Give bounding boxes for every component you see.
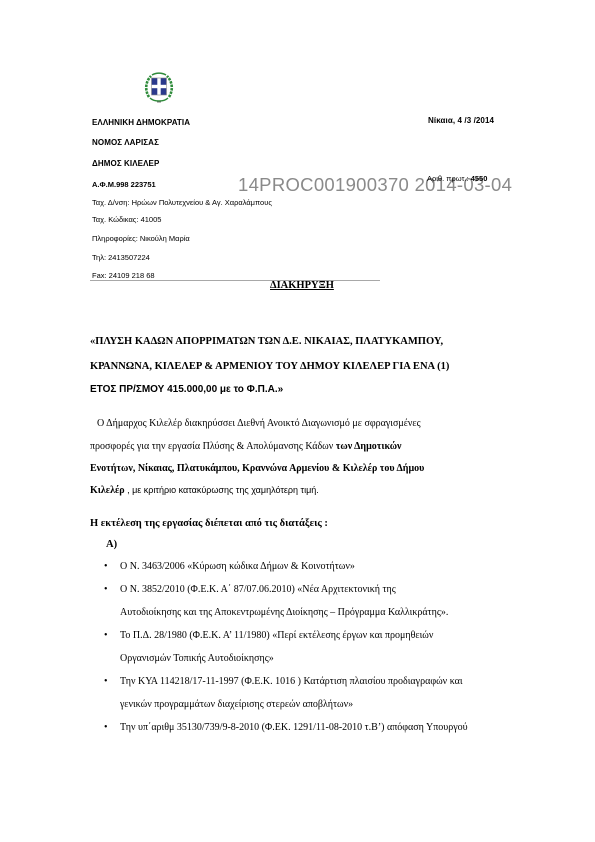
- intro-line-2: προσφορές για την εργασία Πλύσης & Απολύ…: [90, 441, 401, 452]
- info-contact-label: Πληροφορίες: Νικούλη Μαρία: [92, 234, 190, 243]
- intro-line-1: Ο Δήμαρχος Κιλελέρ διακηρύσσει Διεθνή Αν…: [97, 418, 421, 429]
- intro-line-2-bold: των Δημοτικών: [336, 441, 402, 452]
- list-item-text: Την υπ΄αριθμ 35130/739/9-8-2010 (Φ.ΕΚ. 1…: [120, 722, 468, 733]
- intro-line-4: Κιλελέρ , με κριτήριο κατακύρωσης της χα…: [90, 485, 319, 496]
- protocol-number-line: Αριθ. πρωτ.: 4550: [427, 174, 487, 183]
- list-item-text: Ο Ν. 3463/2006 «Κύρωση κώδικα Δήμων & Κο…: [120, 561, 355, 572]
- list-item: • Την ΚΥΑ 114218/17-11-1997 (Φ.Ε.Κ. 1016…: [104, 670, 490, 716]
- subject-line-3: ΕΤΟΣ ΠΡ/ΣΜΟΥ 415.000,00 με το Φ.Π.Α.»: [90, 384, 283, 395]
- document-title: ΔΙΑΚΗΡΥΞΗ: [270, 280, 334, 291]
- afm-label: Α.Φ.Μ.998 223751: [92, 180, 156, 189]
- country-label: ΕΛΛΗΝΙΚΗ ΔΗΜΟΚΡΑΤΙΑ: [92, 118, 190, 127]
- list-item-text: Την ΚΥΑ 114218/17-11-1997 (Φ.Ε.Κ. 1016 )…: [120, 676, 463, 710]
- list-item: • Ο Ν. 3463/2006 «Κύρωση κώδικα Δήμων & …: [104, 555, 524, 578]
- list-item: • Την υπ΄αριθμ 35130/739/9-8-2010 (Φ.ΕΚ.…: [104, 716, 490, 739]
- municipality-label: ΔΗΜΟΣ ΚΙΛΕΛΕΡ: [92, 159, 159, 168]
- prefecture-label: ΝΟΜΟΣ ΛΑΡΙΣΑΣ: [92, 138, 159, 147]
- provisions-list: • Ο Ν. 3463/2006 «Κύρωση κώδικα Δήμων & …: [104, 555, 524, 739]
- bullet-icon: •: [104, 670, 108, 693]
- greek-coat-of-arms-icon: [143, 71, 175, 105]
- intro-line-2-text: προσφορές για την εργασία Πλύσης & Απολύ…: [90, 441, 336, 452]
- intro-line-4-bold: Κιλελέρ: [90, 485, 125, 496]
- bullet-icon: •: [104, 555, 108, 578]
- list-item-text: Το Π.Δ. 28/1980 (Φ.Ε.Κ. Α’ 11/1980) «Περ…: [120, 630, 433, 664]
- subject-line-1: «ΠΛΥΣΗ ΚΑΔΩΝ ΑΠΟΡΡΙΜΑΤΩΝ ΤΩΝ Δ.Ε. ΝΙΚΑΙΑ…: [90, 336, 443, 347]
- list-item-text: Ο Ν. 3852/2010 (Φ.Ε.Κ. Α΄ 87/07.06.2010)…: [120, 584, 448, 618]
- protocol-number: 4550: [471, 174, 488, 183]
- postal-code-label: Ταχ. Κώδικας: 41005: [92, 215, 161, 224]
- place-date: Νίκαια, 4 /3 /2014: [428, 116, 494, 125]
- phone-label: Τηλ: 2413507224: [92, 253, 150, 262]
- intro-line-4-text: , με κριτήριο κατακύρωσης της χαμηλότερη…: [125, 485, 319, 495]
- bullet-icon: •: [104, 624, 108, 647]
- provisions-heading: Η εκτέλεση της εργασίας διέπεται από τις…: [90, 518, 328, 529]
- bullet-icon: •: [104, 578, 108, 601]
- header-divider: [90, 280, 380, 281]
- list-item: • Ο Ν. 3852/2010 (Φ.Ε.Κ. Α΄ 87/07.06.201…: [104, 578, 450, 624]
- fax-label: Fax: 24109 218 68: [92, 271, 155, 280]
- subject-line-2: ΚΡΑΝΝΩΝΑ, ΚΙΛΕΛΕΡ & ΑΡΜΕΝΙΟΥ ΤΟΥ ΔΗΜΟΥ Κ…: [90, 361, 449, 372]
- list-item: • Το Π.Δ. 28/1980 (Φ.Ε.Κ. Α’ 11/1980) «Π…: [104, 624, 450, 670]
- bullet-icon: •: [104, 716, 108, 739]
- protocol-label: Αριθ. πρωτ.:: [427, 174, 469, 183]
- address-label: Ταχ. Δ/νση: Ηρώων Πολυτεχνείου & Αγ. Χαρ…: [92, 198, 272, 207]
- intro-line-3: Ενοτήτων, Νίκαιας, Πλατυκάμπου, Κραννώνα…: [90, 463, 424, 474]
- section-a-label: Α): [106, 539, 117, 550]
